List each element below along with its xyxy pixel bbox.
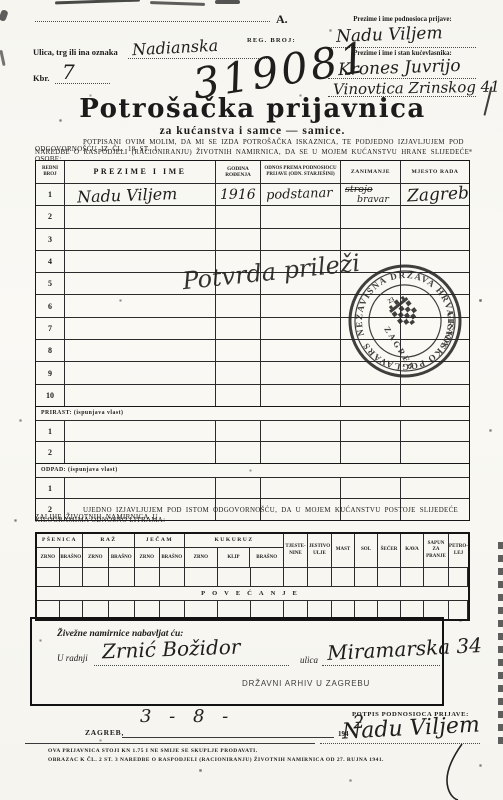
row-number: 6: [36, 295, 65, 316]
row-number: 10: [36, 385, 65, 406]
street-label: Ulica, trg ili ina oznaka: [33, 47, 118, 57]
sub-col-klip: KLIP: [218, 548, 251, 567]
row-number: 9: [36, 362, 65, 383]
footer-rule: [25, 743, 315, 744]
scanned-form-page: A. REG. BROJ: Prezime i ime podnosioca p…: [0, 0, 503, 800]
row-number: 8: [36, 340, 65, 361]
supplies-header-row: PŠENICA ZRNO BRAŠNO RAŽ ZRNO BRAŠNO JEČA…: [37, 534, 468, 567]
col-petrolej: PETRO- LEJ: [449, 534, 468, 567]
prirast-row-1: 1: [36, 420, 469, 442]
scan-smudge-top: [215, 0, 240, 4]
reg-broj-label: REG. BROJ:: [247, 37, 296, 44]
col-header-odnos: ODNOS PREMA PODNOSIOCU PRIJAVE (ODN. STA…: [261, 161, 341, 183]
row-number: 1: [36, 421, 65, 442]
supplies-intro-line-2: KILOGRAMIMA ODNOSNO LITRAMA:: [35, 517, 472, 524]
group-label-raz: RAŽ: [83, 534, 134, 548]
sub-col-brasno: BRAŠNO: [160, 548, 184, 567]
person-name-cell: Nadu Viljem: [65, 184, 216, 205]
form-title: Potrošačka prijavnica: [30, 94, 475, 124]
row-number: 1: [36, 478, 65, 499]
sub-col-brasno: BRAŠNO: [109, 548, 134, 567]
row-number: 1: [36, 184, 65, 205]
group-label-jecam: JEČAM: [135, 534, 184, 548]
persons-table-header-row: REDNI BROJ PREZIME I IME GODINA ROĐENJA …: [36, 161, 469, 183]
col-sol: SOL: [355, 534, 378, 567]
person-row-2: 2: [36, 205, 469, 227]
person-row-1: 1 Nadu Viljem 1916 podstanar strojo brav…: [36, 183, 469, 205]
relation-handwriting: podstanar: [261, 183, 333, 203]
person-relation-cell: podstanar: [261, 184, 341, 205]
sub-col-zrno: ZRNO: [135, 548, 160, 567]
shop-label: U radnji: [57, 653, 88, 663]
kbr-label: Kbr.: [33, 73, 49, 83]
form-subtitle: za kućanstva i samce — samice.: [30, 125, 475, 137]
col-secer: ŠEĆER: [378, 534, 401, 567]
group-kukuruz: KUKURUZ ZRNO KLIP BRAŠNO: [185, 534, 284, 567]
row-number: 2: [36, 206, 65, 227]
group-label-psenica: PŠENICA: [37, 534, 82, 548]
occupation-handwriting-line1: strojo: [341, 184, 400, 195]
kbr-dotted-line: [55, 83, 110, 84]
group-psenica: PŠENICA ZRNO BRAŠNO: [37, 534, 83, 567]
street-value-handwriting: Nadianska: [132, 36, 219, 59]
col-header-prezime-ime: PREZIME I IME: [65, 161, 216, 183]
kbr-value-handwriting: 7: [62, 60, 75, 84]
shop-dotted-line: [94, 665, 289, 666]
odpad-row-1: 1: [36, 477, 469, 499]
sub-col-brasno: BRAŠNO: [60, 548, 82, 567]
col-tjestenine: TJESTE- NINE: [284, 534, 308, 567]
row-number: 7: [36, 318, 65, 339]
supplies-table: PŠENICA ZRNO BRAŠNO RAŽ ZRNO BRAŠNO JEČA…: [35, 532, 470, 621]
person-workplace-cell: Zagreb: [401, 184, 469, 205]
city-label: ZAGREB,: [85, 728, 124, 737]
section-letter: A.: [276, 12, 288, 27]
odpad-band: ODPAD: (ispunjava vlast): [36, 463, 469, 477]
group-label-kukuruz: KUKURUZ: [185, 534, 283, 548]
occupation-handwriting-line2: bravar: [341, 195, 400, 205]
person-row-10: 10: [36, 384, 469, 406]
povecanje-band: POVEĆANJE: [37, 586, 468, 600]
person-name-handwriting: Nadu Viljem: [65, 182, 178, 207]
signature-flourish: [438, 744, 468, 800]
person-occupation-cell: strojo bravar: [341, 184, 401, 205]
shop-street-handwriting: Miramarska 34: [326, 633, 482, 665]
scan-smudge-top: [55, 0, 140, 4]
workplace-handwriting: Zagreb: [400, 182, 469, 207]
person-row-3: 3: [36, 228, 469, 250]
date-handwriting: 3 - 8 -: [140, 706, 234, 727]
prirast-row-2: 2: [36, 441, 469, 463]
street-dotted-line-box: [322, 665, 440, 666]
sub-col-zrno: ZRNO: [37, 548, 60, 567]
scan-mark-left: [0, 9, 9, 22]
scan-smudge-top: [150, 1, 205, 6]
person-birth-cell: 1916: [216, 184, 261, 205]
footer-note-regulation: OBRAZAC K ČL. 2 ST. 3 NAREDBE O RASPODJE…: [48, 757, 384, 763]
applicant-label: Prezime i ime podnosioca prijave:: [330, 16, 475, 23]
col-mast: MAST: [332, 534, 355, 567]
row-number: 5: [36, 273, 65, 294]
row-number: 3: [36, 229, 65, 250]
group-raz: RAŽ ZRNO BRAŠNO: [83, 534, 135, 567]
sub-col-zrno: ZRNO: [185, 548, 218, 567]
sub-col-brasno: BRAŠNO: [250, 548, 283, 567]
header-dotted-line: [35, 21, 270, 22]
scan-mark-left: [0, 50, 6, 66]
birth-year-handwriting: 1916: [216, 184, 256, 203]
shop-name-handwriting: Zrnić Božidor: [102, 635, 241, 664]
prirast-band: PRIRAST: (ispunjava vlast): [36, 406, 469, 420]
scan-streak-right-edge: [498, 542, 503, 744]
street-label-box: ulica: [300, 655, 318, 665]
col-header-zanimanje: ZANIMANJE: [341, 161, 401, 183]
date-line: [122, 737, 334, 738]
group-jecam: JEČAM ZRNO BRAŠNO: [135, 534, 185, 567]
col-header-redni-broj: REDNI BROJ: [36, 161, 65, 183]
footer-note-price: OVA PRIJAVNICA STOJI KN 1.75 I NE SMIJE …: [48, 748, 258, 754]
sub-col-zrno: ZRNO: [83, 548, 109, 567]
col-kava: KAVA: [401, 534, 424, 567]
col-header-mjesto-rada: MJESTO RADA: [401, 161, 469, 183]
stamp-number: 23: [387, 296, 397, 306]
archive-stamp-text: DRŽAVNI ARHIV U ZAGREBU: [242, 679, 370, 688]
purchase-box: Živežne namirnice nabavljat ću: U radnji…: [30, 617, 444, 706]
row-number: 4: [36, 251, 65, 272]
col-sapun: SAPUN ZA PRANJE: [424, 534, 449, 567]
col-jestivo-ulje: JESTIVO ULJE: [308, 534, 332, 567]
row-number: 2: [36, 442, 65, 463]
official-round-stamp: NEZAVISNA DRŽAVA HRVATSKA GRADSKO POGLAV…: [346, 262, 464, 380]
col-header-godina-rodjenja: GODINA ROĐENJA: [216, 161, 261, 183]
paper-speckles: [0, 0, 1, 1]
supplies-data-row-1: [37, 567, 468, 586]
